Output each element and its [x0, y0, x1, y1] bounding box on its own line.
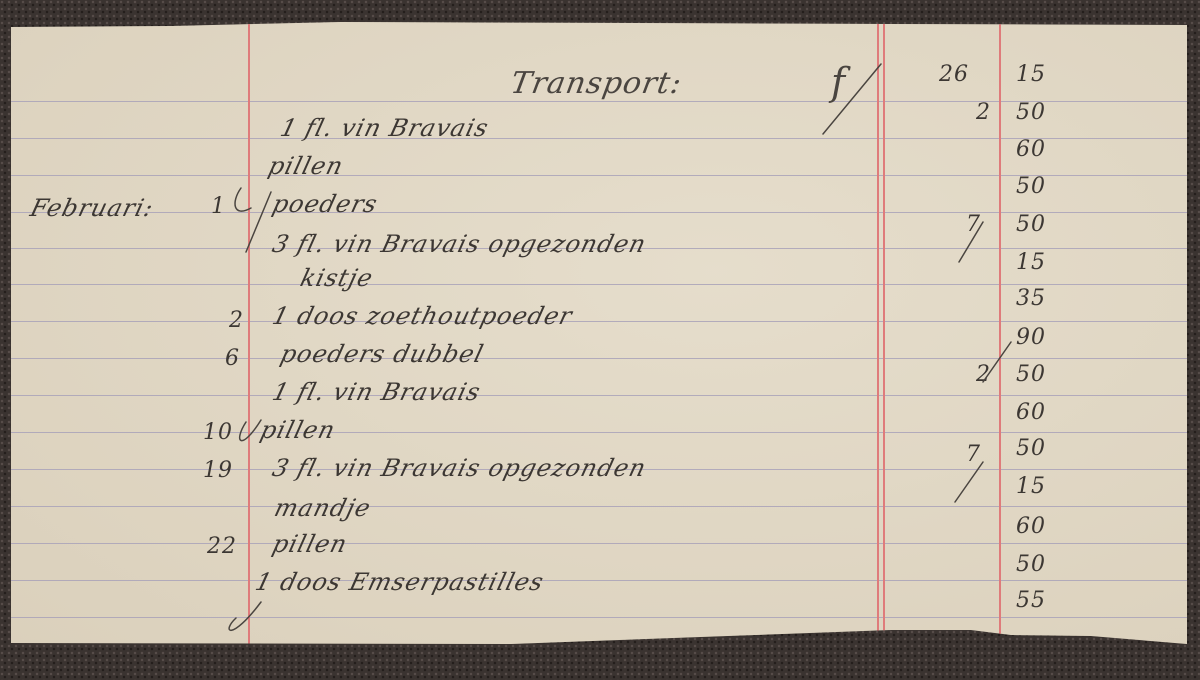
pen-flourish-icon — [11, 22, 1187, 644]
ledger-page: Transport: f 26 15 Februari: 1 fl. vin B… — [11, 22, 1187, 644]
